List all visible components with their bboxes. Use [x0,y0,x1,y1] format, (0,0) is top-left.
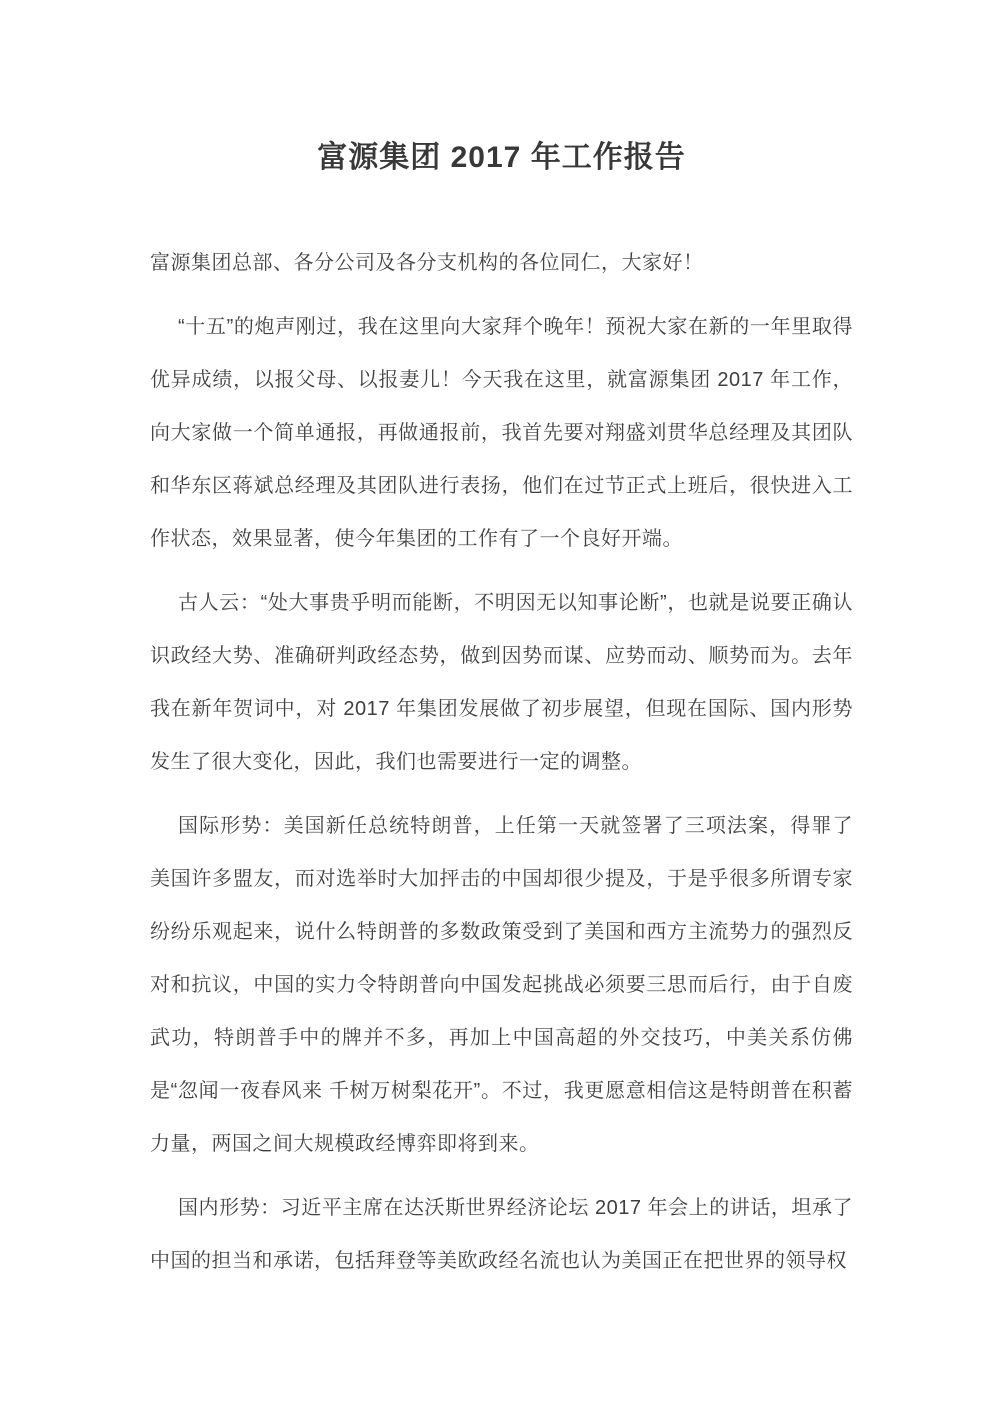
document-title: 富源集团 2017 年工作报告 [150,141,853,175]
paragraph: 古人云：“处大事贵乎明而能断，不明因无以知事论断”，也就是说要正确认识政经大势、… [150,577,853,789]
paragraph: 国际形势：美国新任总统特朗普，上任第一天就签署了三项法案，得罪了美国许多盟友，而… [150,800,853,1171]
paragraphs: 富源集团总部、各分公司及各分支机构的各位同仁，大家好！“十五”的炮声刚过，我在这… [150,237,853,1288]
paragraph: 富源集团总部、各分公司及各分支机构的各位同仁，大家好！ [150,237,853,290]
document-page: 富源集团 2017 年工作报告 富源集团总部、各分公司及各分支机构的各位同仁，大… [0,0,1000,1415]
paragraph: “十五”的炮声刚过，我在这里向大家拜个晚年！预祝大家在新的一年里取得优异成绩，以… [150,301,853,566]
paragraph: 国内形势：习近平主席在达沃斯世界经济论坛 2017 年会上的讲话，坦承了中国的担… [150,1182,853,1288]
